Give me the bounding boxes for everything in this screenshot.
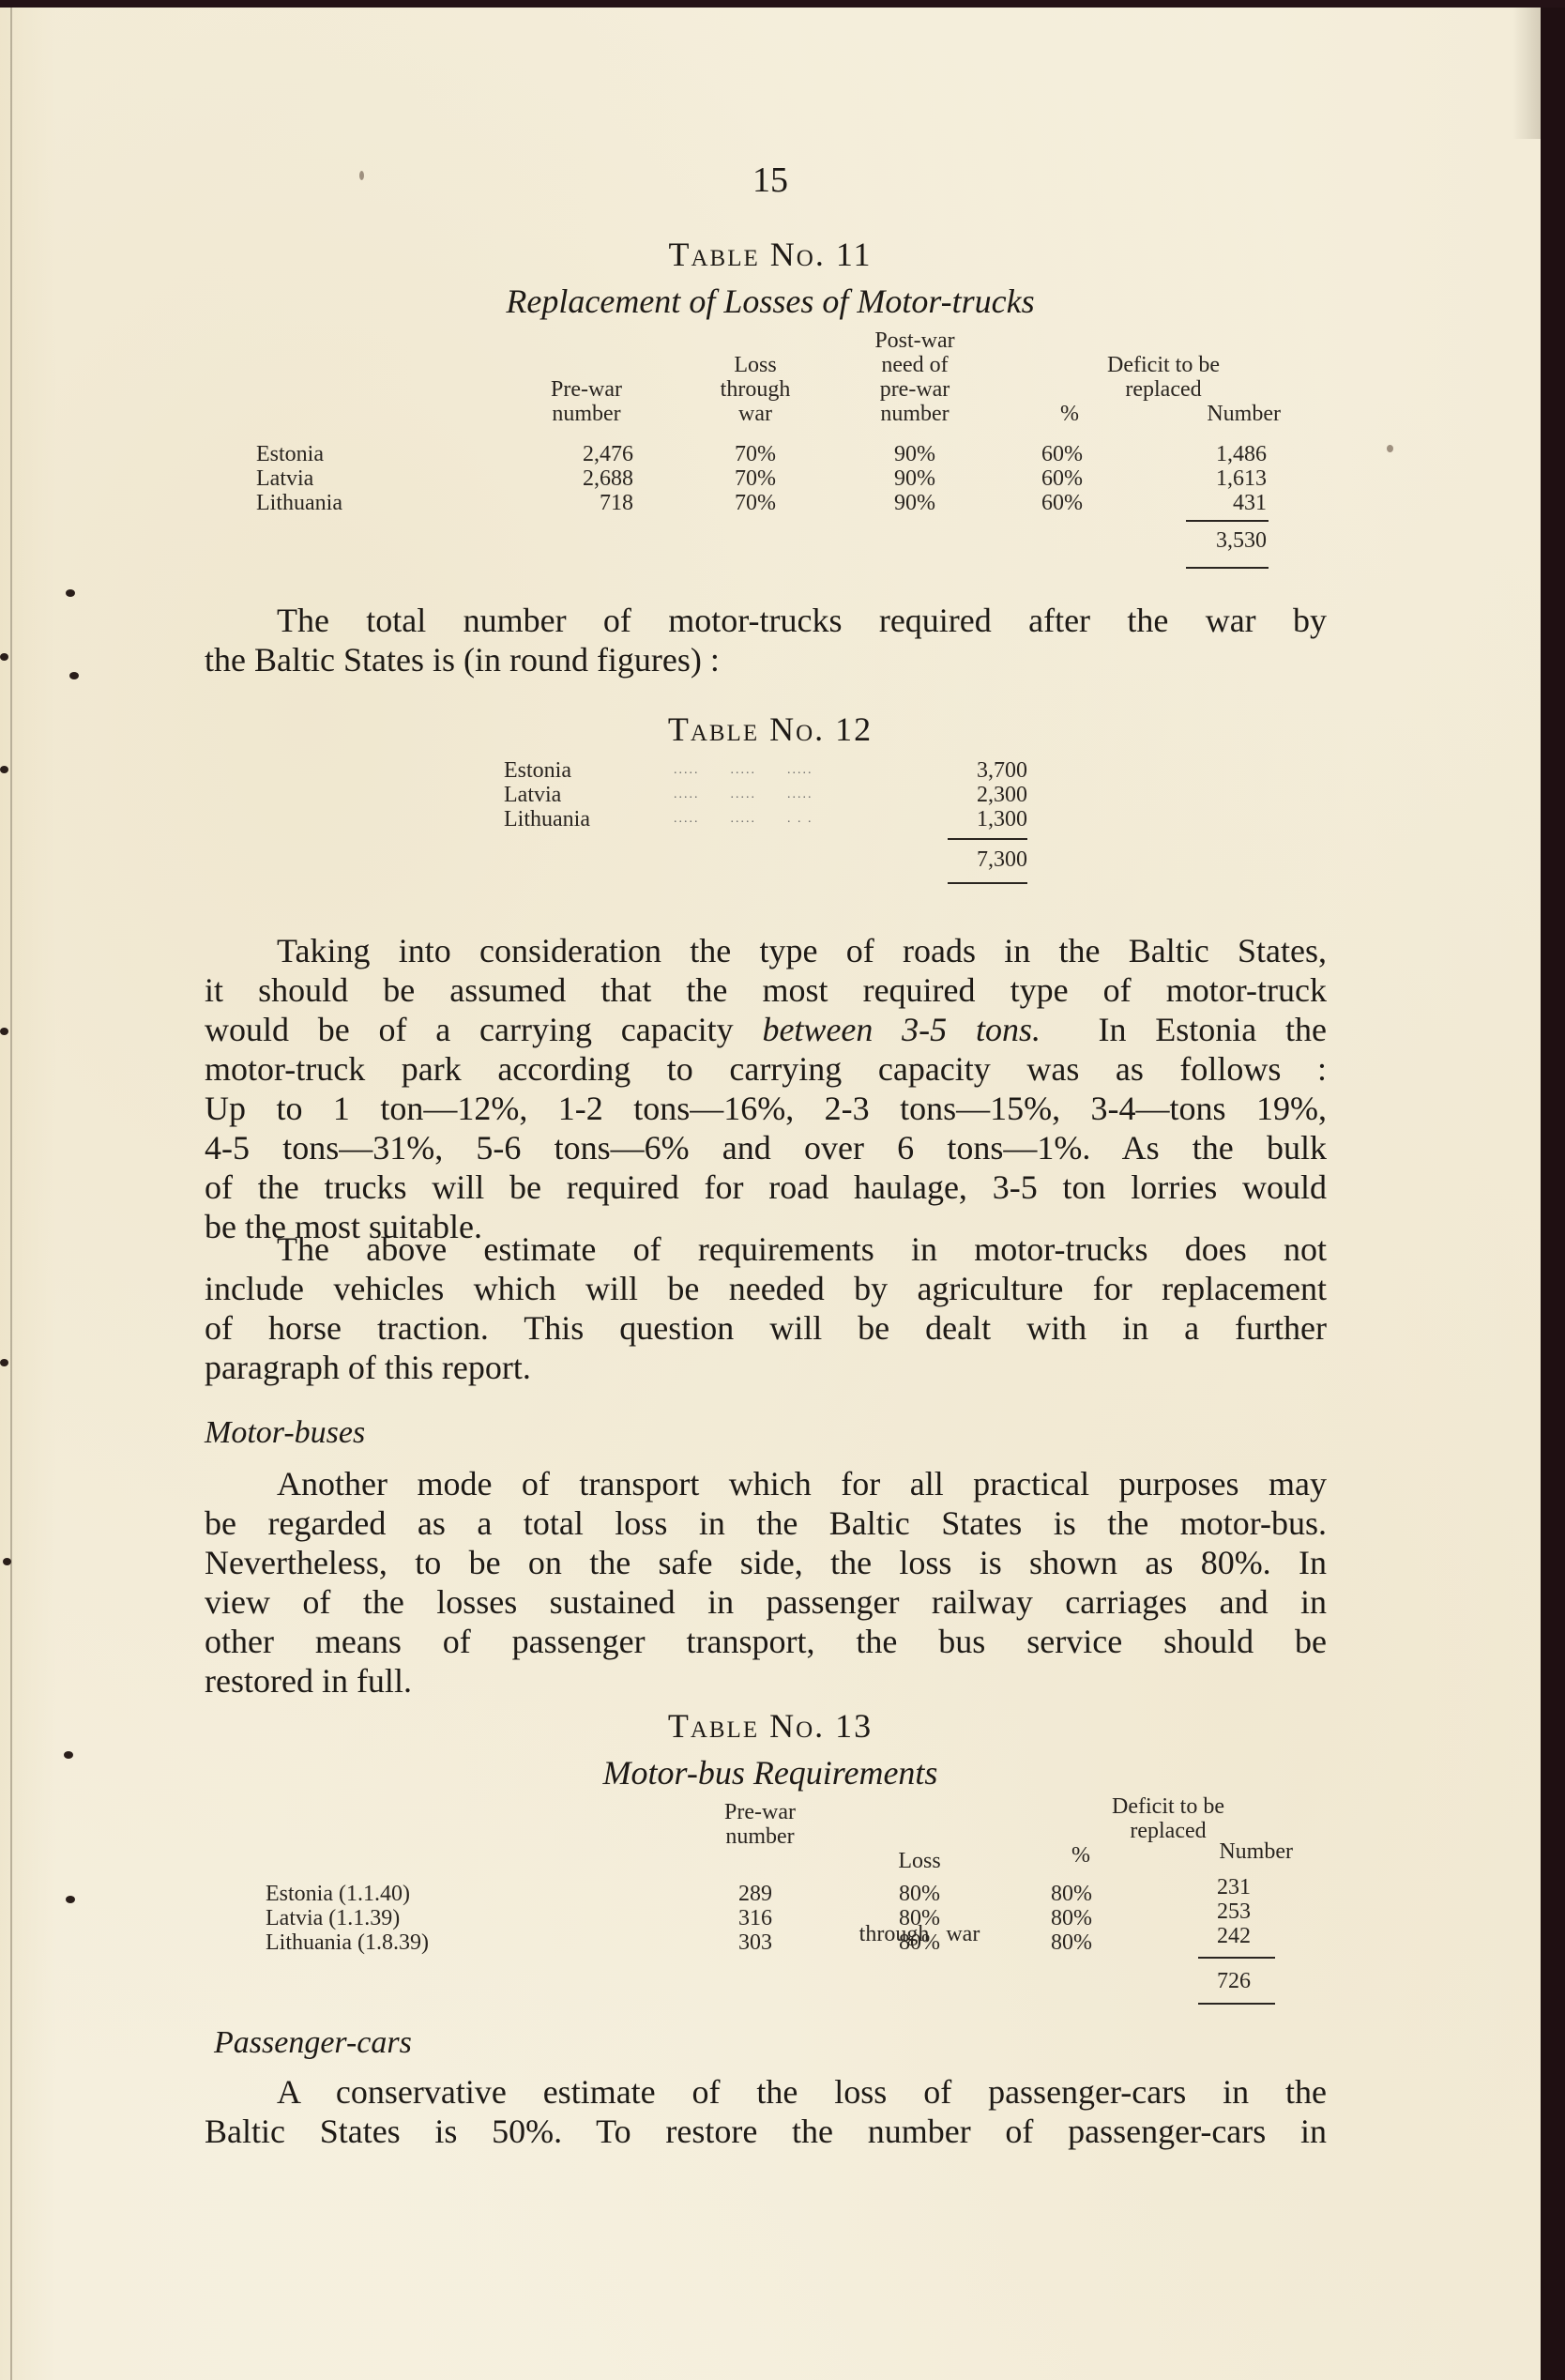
cell: 60% — [1041, 491, 1107, 515]
text-line: The above estimate of requirements in mo… — [205, 1229, 1327, 1269]
header-line: Deficit to be — [1070, 1794, 1267, 1819]
header-line: through — [694, 377, 816, 402]
paragraph-road-types: Taking into consideration the type of ro… — [205, 931, 1327, 1246]
text-line: Nevertheless, to be on the safe side, th… — [205, 1543, 1327, 1582]
cell: 303 — [722, 1930, 788, 1955]
col-header-deficit-pct: % — [1062, 1843, 1100, 1868]
margin-mark — [0, 1028, 8, 1035]
emphasis-text: between 3-5 tons. — [762, 1011, 1041, 1048]
cell: 253 — [1201, 1899, 1267, 1924]
header-line: war — [694, 402, 816, 426]
margin-mark — [0, 766, 8, 773]
margin-mark — [0, 653, 8, 661]
margin-mark — [66, 1896, 75, 1903]
column-loss: 80% 80% 80% — [887, 1882, 952, 1955]
header-line: number — [704, 1824, 816, 1849]
leader-dots: ..... ..... ..... — [674, 758, 913, 783]
text-line: restored in full. — [205, 1661, 1327, 1701]
leader-dots: ..... ..... ..... — [674, 783, 913, 807]
col-header-deficit-number: Number — [1180, 1839, 1293, 1864]
text-line: of horse traction. This question will be… — [205, 1308, 1327, 1348]
col-header-deficit: Deficit to be replaced — [1070, 353, 1257, 402]
table-13-subtitle: Motor-bus Requirements — [0, 1753, 1541, 1793]
row-country: Estonia (1.1.40) — [266, 1882, 429, 1906]
cell: 80% — [1051, 1906, 1117, 1930]
header-line: Loss — [694, 353, 816, 377]
header-line: Pre-war — [525, 377, 647, 402]
cell: 2,476 — [525, 442, 633, 466]
table-13-title: Table No. 13 — [0, 1706, 1541, 1746]
col-header-deficit-number: Number — [1178, 402, 1281, 426]
table-11-title: Table No. 11 — [0, 235, 1541, 274]
cell: 1,300 — [938, 807, 1027, 831]
cell: 289 — [722, 1882, 788, 1906]
text-line: Another mode of transport which for all … — [205, 1464, 1327, 1503]
text-line: paragraph of this report. — [205, 1348, 1327, 1387]
col-header-postwar: Post-war need of pre-war number — [854, 328, 976, 426]
table-11-total: 3,530 — [1173, 528, 1267, 553]
table-row: Estonia Latvia Lithuania — [256, 442, 342, 515]
row-country: Lithuania (1.8.39) — [266, 1930, 429, 1955]
cell: 3,700 — [938, 758, 1027, 783]
col-header-loss: Loss through war — [694, 353, 816, 426]
total-rule — [948, 838, 1027, 840]
header-line: pre-war — [854, 377, 976, 402]
paragraph-total-trucks: The total number of motor-trucks require… — [205, 601, 1327, 679]
column-country: Estonia (1.1.40) Latvia (1.1.39) Lithuan… — [266, 1882, 429, 1955]
cell: 70% — [713, 466, 798, 491]
margin-mark — [69, 672, 79, 679]
cell: 60% — [1041, 442, 1107, 466]
paragraph-agriculture: The above estimate of requirements in mo… — [205, 1229, 1327, 1387]
cell: 80% — [887, 1930, 952, 1955]
text-line: view of the losses sustained in passenge… — [205, 1582, 1327, 1622]
column-deficit-pct: 60% 60% 60% — [1041, 442, 1107, 515]
cell: 231 — [1201, 1875, 1267, 1899]
cell: 60% — [1041, 466, 1107, 491]
paragraph-motor-buses: Another mode of transport which for all … — [205, 1464, 1327, 1701]
total-rule — [1186, 567, 1269, 569]
margin-mark — [0, 1359, 8, 1366]
row-country: Estonia — [504, 758, 590, 783]
table-12-total: 7,300 — [938, 847, 1027, 872]
column-country: Estonia Latvia Lithuania — [504, 758, 590, 831]
section-heading-passenger-cars: Passenger-cars — [214, 2025, 412, 2061]
text-line: of the trucks will be required for road … — [205, 1167, 1327, 1207]
text-span: would be of a carrying capacity — [205, 1011, 762, 1048]
text-line: Baltic States is 50%. To restore the num… — [205, 2112, 1327, 2151]
cell: 242 — [1201, 1924, 1267, 1948]
text-line: A conservative estimate of the loss of p… — [205, 2072, 1327, 2112]
column-deficit-number: 231 253 242 — [1201, 1875, 1267, 1948]
column-value: 3,700 2,300 1,300 — [938, 758, 1027, 831]
text-line: it should be assumed that the most requi… — [205, 970, 1327, 1010]
column-loss: 70% 70% 70% — [713, 442, 798, 515]
row-country: Latvia — [256, 466, 342, 491]
cell: 2,300 — [938, 783, 1027, 807]
total-rule — [948, 882, 1027, 884]
margin-mark — [66, 589, 75, 597]
cell: 70% — [713, 491, 798, 515]
col-header-prewar: Pre-war number — [525, 377, 647, 426]
row-country: Estonia — [256, 442, 342, 466]
header-line: Post-war — [854, 328, 976, 353]
cell: 1,486 — [1173, 442, 1267, 466]
text-line: include vehicles which will be needed by… — [205, 1269, 1327, 1308]
row-country: Latvia — [504, 783, 590, 807]
text-line: Up to 1 ton—12%, 1-2 tons—16%, 2-3 tons—… — [205, 1089, 1327, 1128]
binding-edge — [10, 8, 12, 2380]
text-line: other means of passenger transport, the … — [205, 1622, 1327, 1661]
column-postwar: 90% 90% 90% — [873, 442, 957, 515]
section-heading-motor-buses: Motor-buses — [205, 1415, 365, 1451]
margin-mark — [3, 1558, 11, 1565]
header-line: number — [525, 402, 647, 426]
text-span: In Estonia the — [1041, 1011, 1327, 1048]
paragraph-passenger-cars: A conservative estimate of the loss of p… — [205, 2072, 1327, 2151]
column-prewar: 289 316 303 — [722, 1882, 788, 1955]
cell: 90% — [873, 491, 957, 515]
text-line: 4-5 tons—31%, 5-6 tons—6% and over 6 ton… — [205, 1128, 1327, 1167]
text-line: be regarded as a total loss in the Balti… — [205, 1503, 1327, 1543]
cell: 1,613 — [1173, 466, 1267, 491]
column-prewar: 2,476 2,688 718 — [525, 442, 633, 515]
cell: 70% — [713, 442, 798, 466]
cell: 80% — [887, 1906, 952, 1930]
cell: 431 — [1173, 491, 1267, 515]
cell: 90% — [873, 442, 957, 466]
cell: 718 — [525, 491, 633, 515]
text-line: motor-truck park according to carrying c… — [205, 1049, 1327, 1089]
col-header-deficit: Deficit to be replaced — [1070, 1794, 1267, 1843]
row-country: Lithuania — [504, 807, 590, 831]
cell: 90% — [873, 466, 957, 491]
column-deficit-pct: 80% 80% 80% — [1051, 1882, 1117, 1955]
header-line: replaced — [1070, 377, 1257, 402]
table-13-total: 726 — [1201, 1969, 1267, 1993]
header-line: number — [854, 402, 976, 426]
cell: 80% — [1051, 1930, 1117, 1955]
total-rule — [1186, 520, 1269, 522]
column-deficit-number: 1,486 1,613 431 — [1173, 442, 1267, 515]
page-number: 15 — [0, 160, 1541, 201]
cell: 80% — [1051, 1882, 1117, 1906]
col-header-prewar: Pre-war number — [704, 1800, 816, 1849]
text-line: Taking into consideration the type of ro… — [205, 931, 1327, 970]
col-header-deficit-pct: % — [1051, 402, 1088, 426]
row-country: Latvia (1.1.39) — [266, 1906, 429, 1930]
row-country: Lithuania — [256, 491, 342, 515]
cell: 316 — [722, 1906, 788, 1930]
header-line: Loss — [826, 1849, 1013, 1873]
text-line: the Baltic States is (in round figures) … — [205, 640, 1327, 679]
cell: 80% — [887, 1882, 952, 1906]
stain-mark — [1387, 445, 1393, 452]
header-line: Deficit to be — [1070, 353, 1257, 377]
text-line: would be of a carrying capacity between … — [205, 1010, 1327, 1049]
cell: 2,688 — [525, 466, 633, 491]
scan-top-border — [0, 0, 1565, 8]
total-rule — [1198, 1957, 1275, 1959]
column-leaders: ..... ..... ..... ..... ..... ..... ....… — [674, 758, 913, 831]
table-12-title: Table No. 12 — [0, 709, 1541, 749]
header-line: Pre-war — [704, 1800, 816, 1824]
leader-dots: ..... ..... . . . — [674, 807, 913, 831]
header-line: need of — [854, 353, 976, 377]
text-line: The total number of motor-trucks require… — [205, 601, 1327, 640]
table-11-subtitle: Replacement of Losses of Motor-trucks — [0, 282, 1541, 321]
total-rule — [1198, 2003, 1275, 2005]
